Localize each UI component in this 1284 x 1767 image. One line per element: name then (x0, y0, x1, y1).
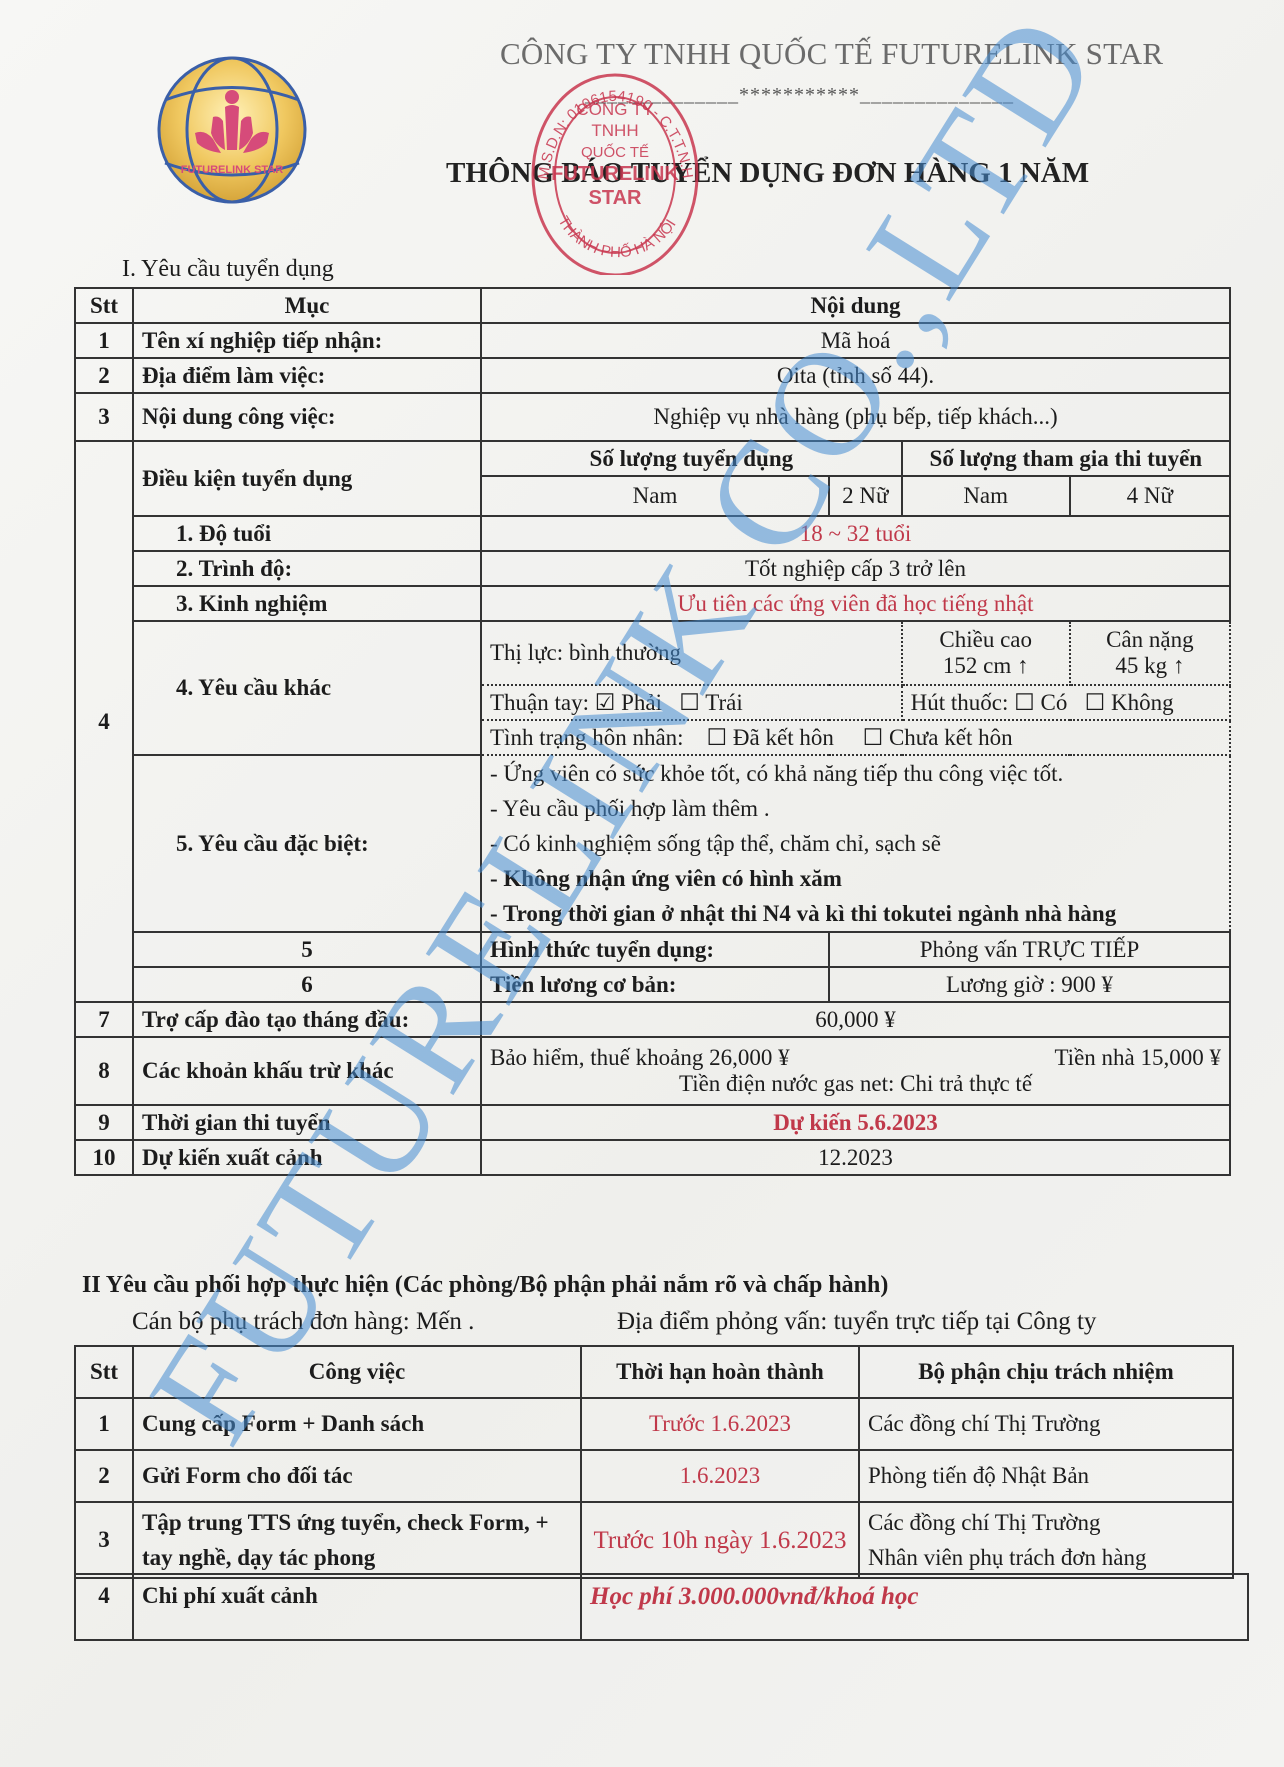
exam-male: Nam (902, 476, 1070, 516)
special-requirement-item: - Ứng viên có sức khỏe tốt, có khả năng … (490, 756, 1221, 791)
row-stt: 5 (133, 932, 481, 967)
table-row: 2 Địa điểm làm việc: Oita (tỉnh số 44). (75, 358, 1230, 393)
row-value: Phỏng vấn TRỰC TIẾP (829, 932, 1230, 967)
interview-location: Địa điểm phỏng vấn: tuyển trực tiếp tại … (617, 1308, 1096, 1336)
row-deadline: Trước 1.6.2023 (581, 1398, 859, 1450)
row-stt: 3 (75, 393, 133, 441)
svg-text:TNHH: TNHH (591, 121, 638, 140)
row-value: Oita (tỉnh số 44). (481, 358, 1230, 393)
marital-single-label: Chưa kết hôn (889, 725, 1013, 750)
recruit-quantity-header: Số lượng tuyển dụng (481, 441, 902, 476)
cost-value: Học phí 3.000.000vnđ/khoá học (581, 1574, 1248, 1640)
age-row: 1. Độ tuổi 18 ~ 32 tuổi (75, 516, 1230, 551)
section-2-title: II Yêu cầu phối hợp thực hiện (Các phòng… (82, 1272, 888, 1299)
handedness-label: Thuận tay: (490, 690, 589, 715)
table-row: 1 Cung cấp Form + Danh sách Trước 1.6.20… (75, 1398, 1233, 1450)
table-row: 6 Tiền lương cơ bản: Lương giờ : 900 ¥ (75, 967, 1230, 1002)
header-department: Bộ phận chịu trách nhiệm (859, 1346, 1233, 1398)
table-row: 3 Tập trung TTS ứng tuyển, check Form, +… (75, 1502, 1233, 1578)
row-value: 60,000 ¥ (481, 1002, 1230, 1037)
height-label: Chiều cao (911, 627, 1061, 653)
checkbox-icon[interactable]: ☐ (1014, 690, 1035, 715)
weight-cell: Cân nặng 45 kg ↑ (1070, 621, 1230, 685)
weight-label: Cân nặng (1079, 627, 1221, 653)
departure-value: 12.2023 (481, 1140, 1230, 1175)
special-requirements-row: 5. Yêu cầu đặc biệt: - Ứng viên có sức k… (75, 755, 1230, 932)
row-label: Tên xí nghiệp tiếp nhận: (133, 323, 481, 358)
svg-text:FUTURELINK: FUTURELINK (551, 163, 679, 185)
cost-table: 4 Chi phí xuất cảnh Học phí 3.000.000vnđ… (74, 1573, 1249, 1641)
special-requirements-list: - Ứng viên có sức khỏe tốt, có khả năng … (481, 755, 1230, 932)
smoking-label: Hút thuốc: (911, 690, 1009, 715)
cost-row: 4 Chi phí xuất cảnh Học phí 3.000.000vnđ… (75, 1574, 1248, 1640)
marital-married-label: Đã kết hôn (733, 725, 834, 750)
physical-row: 4. Yêu cầu khác Thị lực: bình thường Chi… (75, 621, 1230, 685)
weight-value: 45 kg ↑ (1079, 653, 1221, 679)
row-label: Thời gian thi tuyển (133, 1105, 481, 1140)
conditions-label: Điều kiện tuyển dụng (133, 441, 481, 516)
insurance-deduction: Bảo hiểm, thuế khoảng 26,000 ¥ (490, 1045, 790, 1071)
experience-row: 3. Kinh nghiệm Ưu tiên các ứng viên đã h… (75, 586, 1230, 621)
row-label: Nội dung công việc: (133, 393, 481, 441)
education-row: 2. Trình độ: Tốt nghiệp cấp 3 trở lên (75, 551, 1230, 586)
row-stt: 10 (75, 1140, 133, 1175)
row-task: Gửi Form cho đối tác (133, 1450, 581, 1502)
experience-label: 3. Kinh nghiệm (133, 586, 481, 621)
row-label: Hình thức tuyển dụng: (481, 932, 829, 967)
recruitment-requirements-table: Stt Mục Nội dung 1 Tên xí nghiệp tiếp nh… (74, 287, 1231, 1176)
height-value: 152 cm ↑ (911, 653, 1061, 679)
hand-right-label: Phải (621, 690, 662, 715)
row-stt: 1 (75, 323, 133, 358)
header-muc: Mục (133, 288, 481, 323)
marital-label: Tình trạng hôn nhân: (490, 725, 684, 750)
recruit-male: Nam (481, 476, 829, 516)
row-department: Phòng tiến độ Nhật Bản (859, 1450, 1233, 1502)
education-value: Tốt nghiệp cấp 3 trở lên (481, 551, 1230, 586)
hand-left-label: Trái (705, 690, 743, 715)
exam-time-row: 9 Thời gian thi tuyển Dự kiến 5.6.2023 (75, 1105, 1230, 1140)
company-logo-icon: FUTURELINK STAR (155, 55, 310, 205)
row-stt: 8 (75, 1037, 133, 1105)
row-department: Các đồng chí Thị Trường (859, 1398, 1233, 1450)
table-row: 1 Tên xí nghiệp tiếp nhận: Mã hoá (75, 323, 1230, 358)
company-stamp-icon: M.S.D.N: 0106154190 - C.T.T.N.H.H THÀNH … (528, 70, 703, 275)
row-stt: 9 (75, 1105, 133, 1140)
company-name: CÔNG TY TNHH QUỐC TẾ FUTURELINK STAR (500, 36, 1163, 72)
header-deadline: Thời hạn hoàn thành (581, 1346, 859, 1398)
housing-deduction: Tiền nhà 15,000 ¥ (1054, 1045, 1221, 1071)
deductions-cell: Bảo hiểm, thuế khoảng 26,000 ¥ Tiền nhà … (481, 1037, 1230, 1105)
svg-text:QUỐC TẾ: QUỐC TẾ (581, 143, 649, 161)
exam-time-value: Dự kiến 5.6.2023 (481, 1105, 1230, 1140)
row-label: Trợ cấp đào tạo tháng đầu: (133, 1002, 481, 1037)
svg-text:STAR: STAR (589, 187, 643, 209)
order-manager: Cán bộ phụ trách đơn hàng: Mến . (132, 1308, 474, 1336)
cost-label: Chi phí xuất cảnh (133, 1574, 581, 1640)
table-row: 3 Nội dung công việc: Nghiệp vụ nhà hàng… (75, 393, 1230, 441)
row-value: Lương giờ : 900 ¥ (829, 967, 1230, 1002)
row-value: Mã hoá (481, 323, 1230, 358)
svg-text:FUTURELINK STAR: FUTURELINK STAR (181, 164, 284, 176)
row-task: Tập trung TTS ứng tuyển, check Form, + t… (133, 1502, 581, 1578)
checkbox-icon[interactable]: ☐ (863, 725, 884, 750)
header-stt: Stt (75, 288, 133, 323)
special-requirement-item: - Trong thời gian ở nhật thi N4 và kì th… (490, 896, 1221, 931)
section-1-title: I. Yêu cầu tuyển dụng (122, 256, 334, 283)
checkbox-icon[interactable]: ☐ (679, 690, 700, 715)
deductions-line-1: Bảo hiểm, thuế khoảng 26,000 ¥ Tiền nhà … (490, 1045, 1221, 1071)
row-deadline: Trước 10h ngày 1.6.2023 (581, 1502, 859, 1578)
experience-value: Ưu tiên các ứng viên đã học tiếng nhật (481, 586, 1230, 621)
conditions-header-row: 4 Điều kiện tuyển dụng Số lượng tuyển dụ… (75, 441, 1230, 476)
table-row: 2 Gửi Form cho đối tác 1.6.2023 Phòng ti… (75, 1450, 1233, 1502)
coordination-table: Stt Công việc Thời hạn hoàn thành Bộ phậ… (74, 1345, 1234, 1579)
table-row: 7 Trợ cấp đào tạo tháng đầu: 60,000 ¥ (75, 1002, 1230, 1037)
svg-text:THÀNH PHỐ HÀ NỘI: THÀNH PHỐ HÀ NỘI (554, 213, 679, 261)
height-cell: Chiều cao 152 cm ↑ (902, 621, 1070, 685)
other-requirements-label: 4. Yêu cầu khác (133, 621, 481, 755)
row-label: Các khoản khấu trừ khác (133, 1037, 481, 1105)
checkbox-icon[interactable]: ☐ (1085, 690, 1106, 715)
header-noi-dung: Nội dung (481, 288, 1230, 323)
exam-quantity-header: Số lượng tham gia thi tuyển (902, 441, 1230, 476)
handedness-cell: Thuận tay: ☑ Phải ☐ Trái (481, 685, 902, 720)
row-label: Tiền lương cơ bản: (481, 967, 829, 1002)
special-requirement-item: - Yêu cầu phối hợp làm thêm . (490, 791, 1221, 826)
header-task: Công việc (133, 1346, 581, 1398)
checkbox-checked-icon[interactable]: ☑ (595, 690, 616, 715)
row-label: Dự kiến xuất cảnh (133, 1140, 481, 1175)
smoking-yes-label: Có (1041, 690, 1068, 715)
row-value: Nghiệp vụ nhà hàng (phụ bếp, tiếp khách.… (481, 393, 1230, 441)
header-stt: Stt (75, 1346, 133, 1398)
row-stt: 4 (75, 1574, 133, 1640)
deductions-row: 8 Các khoản khấu trừ khác Bảo hiểm, thuế… (75, 1037, 1230, 1105)
row-label: Địa điểm làm việc: (133, 358, 481, 393)
document-page: FUTURELINK STAR CÔNG TY TNHH QUỐC TẾ FUT… (0, 0, 1284, 1767)
row-stt: 7 (75, 1002, 133, 1037)
row-stt: 4 (75, 441, 133, 1002)
row-stt: 1 (75, 1398, 133, 1450)
special-requirement-item: - Không nhận ứng viên có hình xăm (490, 861, 1221, 896)
table-row: 5 Hình thức tuyển dụng: Phỏng vấn TRỰC T… (75, 932, 1230, 967)
age-label: 1. Độ tuổi (133, 516, 481, 551)
table-header-row: Stt Mục Nội dung (75, 288, 1230, 323)
row-department: Các đồng chí Thị Trường Nhân viên phụ tr… (859, 1502, 1233, 1578)
row-deadline: 1.6.2023 (581, 1450, 859, 1502)
table-header-row: Stt Công việc Thời hạn hoàn thành Bộ phậ… (75, 1346, 1233, 1398)
row-stt: 3 (75, 1502, 133, 1578)
exam-female: 4 Nữ (1070, 476, 1230, 516)
special-requirements-label: 5. Yêu cầu đặc biệt: (133, 755, 481, 932)
smoking-no-label: Không (1111, 690, 1174, 715)
row-stt: 6 (133, 967, 481, 1002)
eyesight: Thị lực: bình thường (481, 621, 902, 685)
svg-text:CÔNG TY: CÔNG TY (576, 100, 653, 119)
marital-cell: Tình trạng hôn nhân: ☐ Đã kết hôn ☐ Chưa… (481, 720, 1230, 755)
departure-row: 10 Dự kiến xuất cảnh 12.2023 (75, 1140, 1230, 1175)
smoking-cell: Hút thuốc: ☐ Có ☐ Không (902, 685, 1230, 720)
checkbox-icon[interactable]: ☐ (707, 725, 728, 750)
row-stt: 2 (75, 1450, 133, 1502)
age-value: 18 ~ 32 tuổi (481, 516, 1230, 551)
row-stt: 2 (75, 358, 133, 393)
recruit-female: 2 Nữ (829, 476, 902, 516)
special-requirement-item: - Có kinh nghiệm sống tập thể, chăm chỉ,… (490, 826, 1221, 861)
education-label: 2. Trình độ: (133, 551, 481, 586)
utilities-deduction: Tiền điện nước gas net: Chi trả thực tế (490, 1071, 1221, 1097)
row-task: Cung cấp Form + Danh sách (133, 1398, 581, 1450)
